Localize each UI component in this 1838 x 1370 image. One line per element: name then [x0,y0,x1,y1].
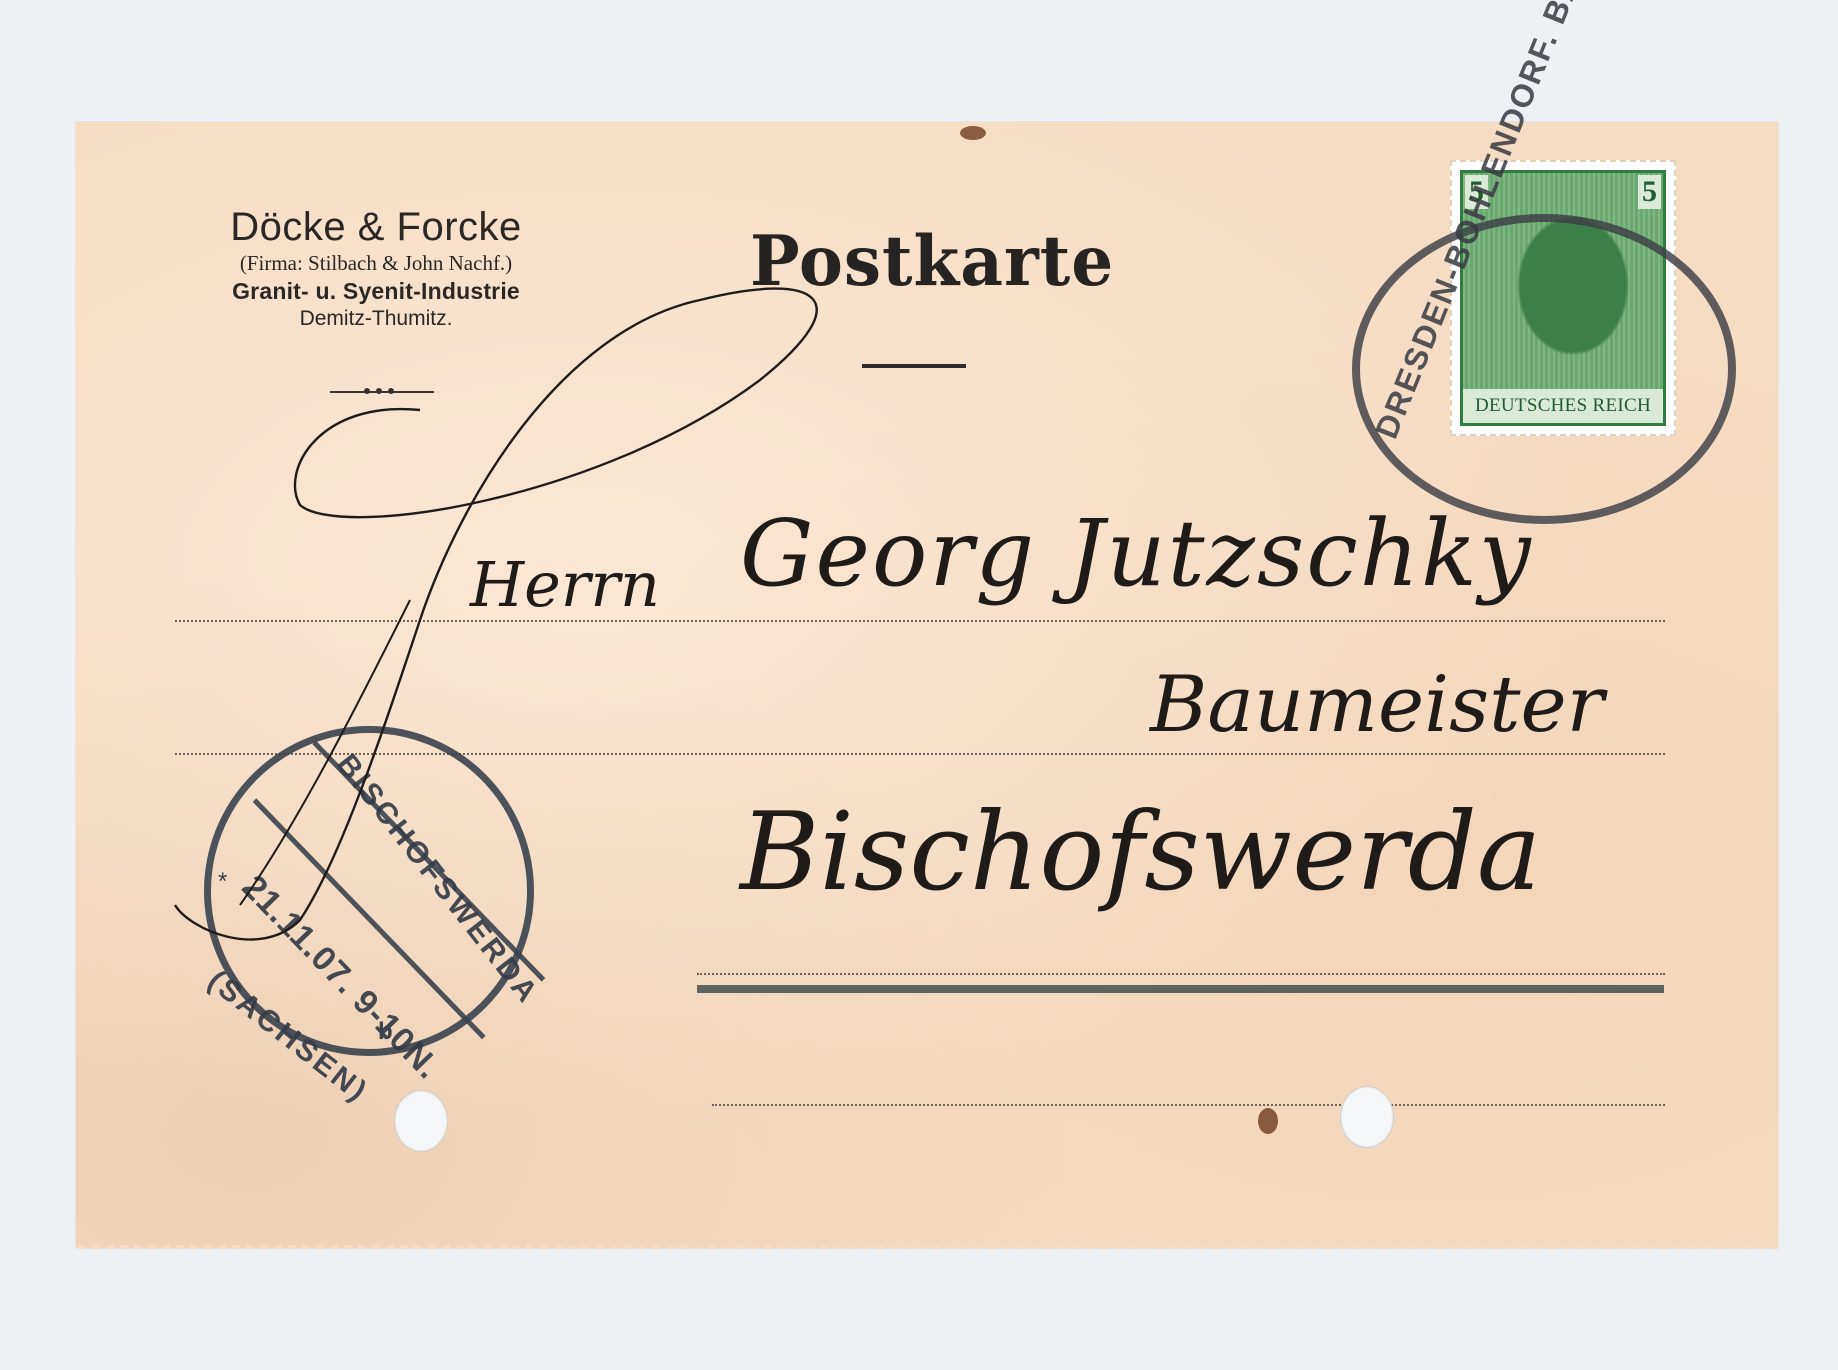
address-city: Bischofswerda [740,790,1541,915]
address-occupation: Baumeister [1150,660,1604,750]
address-salutation: Herrn [470,548,660,621]
address-name: Georg Jutzschky [740,500,1533,607]
